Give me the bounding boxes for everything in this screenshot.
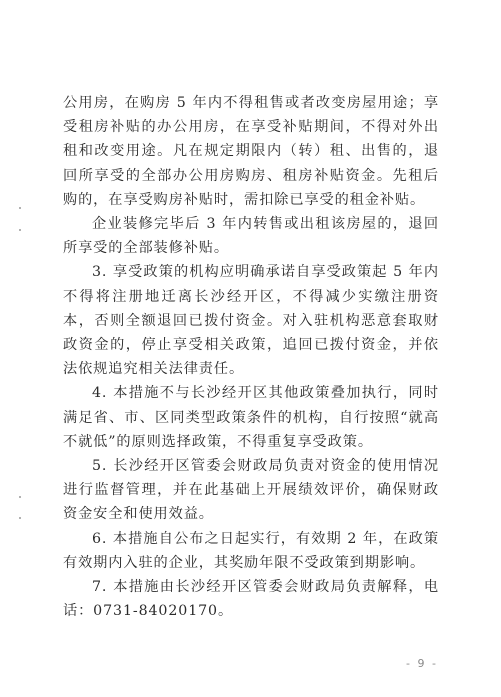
paragraph-continuation: 公用房，在购房 5 年内不得租售或者改变房屋用途；享受租房补贴的办公用房，在享受… [63, 91, 439, 212]
paragraph-item-4: 4. 本措施不与长沙经开区其他政策叠加执行，同时满足省、市、区同类型政策条件的机… [63, 381, 439, 454]
page-number: - 9 - [406, 657, 438, 670]
binding-mark [19, 229, 21, 231]
binding-mark [19, 517, 21, 519]
paragraph-item-7: 7. 本措施由长沙经开区管委会财政局负责解释，电话：0731-84020170。 [63, 575, 439, 623]
binding-mark [19, 207, 21, 209]
paragraph-item-6: 6. 本措施自公布之日起实行，有效期 2 年，在政策有效期内入驻的企业，其奖励年… [63, 527, 439, 575]
document-body: 公用房，在购房 5 年内不得租售或者改变房屋用途；享受租房补贴的办公用房，在享受… [63, 91, 439, 623]
document-page: 公用房，在购房 5 年内不得租售或者改变房屋用途；享受租房补贴的办公用房，在享受… [0, 0, 501, 697]
paragraph-renovation-refund: 企业装修完毕后 3 年内转售或出租该房屋的，退回所享受的全部装修补贴。 [63, 212, 439, 260]
paragraph-item-3: 3. 享受政策的机构应明确承诺自享受政策起 5 年内不得将注册地迁离长沙经开区，… [63, 260, 439, 381]
binding-mark [19, 496, 21, 498]
paragraph-item-5: 5. 长沙经开区管委会财政局负责对资金的使用情况进行监督管理，并在此基础上开展绩… [63, 454, 439, 527]
